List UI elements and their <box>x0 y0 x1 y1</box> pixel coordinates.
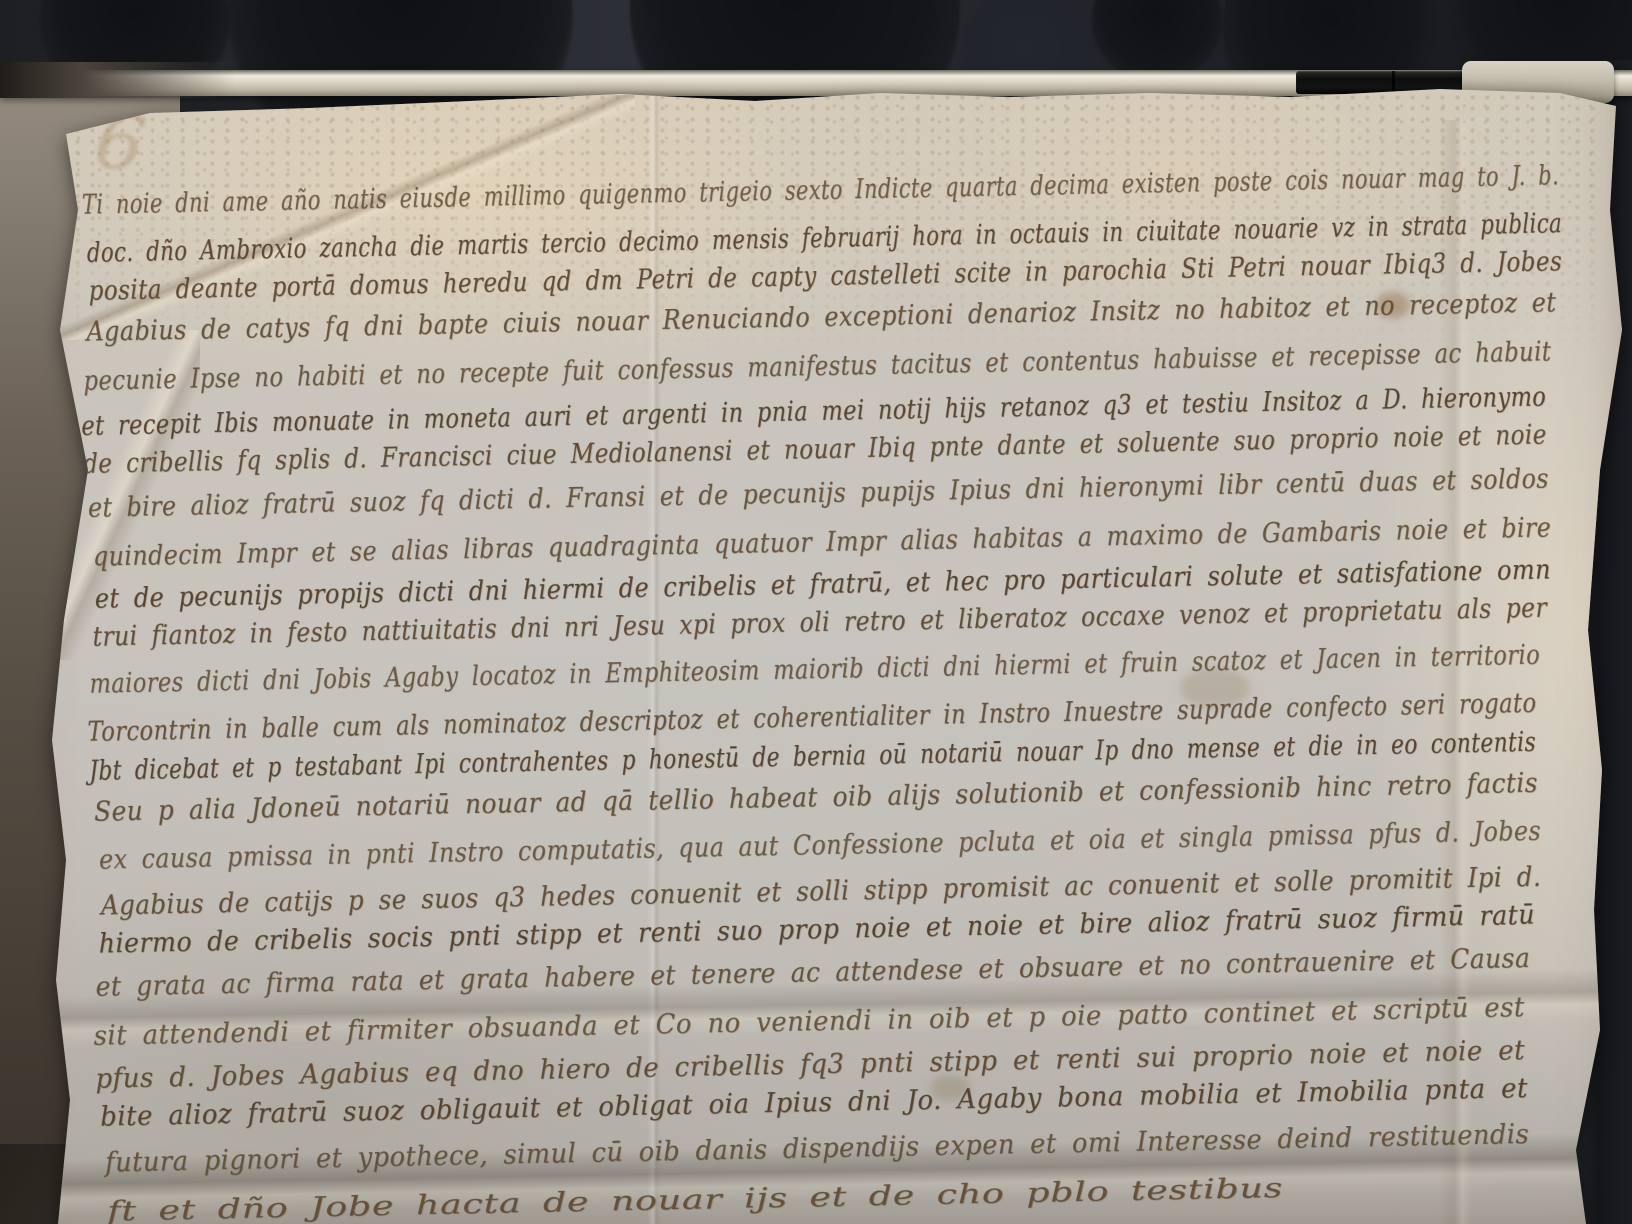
parchment-surface: 6 Ti noie dni ame año natis eiusde milli… <box>0 0 1632 1224</box>
text-line-content: maiores dicti dni Jobis Agaby locatoz in… <box>89 640 1540 700</box>
manuscript-text: Ti noie dni ame año natis eiusde millimo… <box>0 0 1632 1224</box>
parchment-sheet: 6 Ti noie dni ame año natis eiusde milli… <box>0 0 1632 1224</box>
manuscript-photo: 6 Ti noie dni ame año natis eiusde milli… <box>0 0 1632 1224</box>
